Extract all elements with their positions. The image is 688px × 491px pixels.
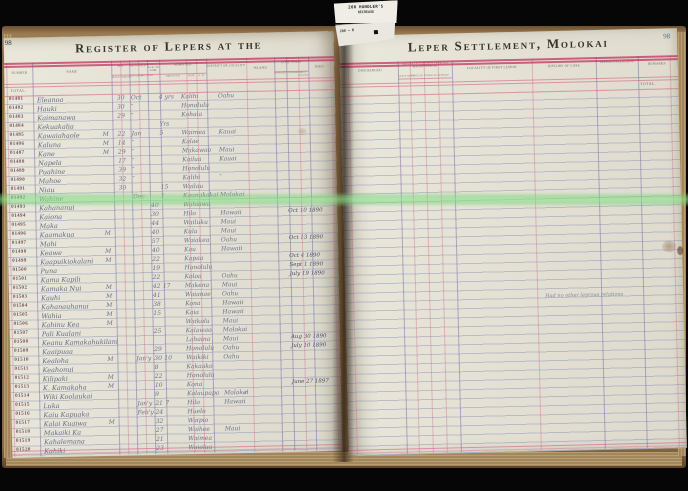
row-died-date: Oct 4 1890 bbox=[289, 252, 320, 259]
row-received: Oct bbox=[131, 94, 142, 101]
row-name: Wahia bbox=[41, 312, 61, 320]
col-header-nat-foreigner: Foreigner bbox=[138, 75, 147, 78]
row-received: ″ bbox=[131, 103, 133, 110]
row-name: Eleanoa bbox=[37, 96, 64, 105]
row-died-date: Aug 30 1890 bbox=[291, 333, 327, 340]
row-district: Kona bbox=[185, 300, 201, 307]
row-sex-mark: M bbox=[103, 131, 109, 138]
row-sex-mark: M bbox=[108, 383, 114, 390]
row-number: 01496 bbox=[12, 232, 27, 237]
row-district: Kohala bbox=[181, 111, 202, 118]
row-sex-mark: M bbox=[105, 248, 111, 255]
sticky-note: 260 HANDLER'S RECREASE 200 — B bbox=[330, 0, 402, 48]
col-header-number: Number bbox=[6, 70, 32, 75]
row-rules bbox=[340, 88, 686, 456]
row-age: 40 bbox=[152, 247, 160, 254]
row-age: 22 bbox=[155, 373, 163, 380]
row-age: 25 bbox=[154, 328, 162, 335]
row-number: 01514 bbox=[15, 394, 30, 399]
row-age: 38 bbox=[153, 301, 161, 308]
row-name: Hauki bbox=[37, 105, 57, 113]
row-died-date: Sept 1 1890 bbox=[289, 261, 323, 268]
row-name: Kaaipuaa bbox=[42, 348, 73, 357]
row-district: Waianae bbox=[185, 291, 211, 299]
row-number: 01502 bbox=[13, 286, 28, 291]
col-header-sex-male: Male bbox=[111, 76, 120, 79]
row-name: Kaimanawa bbox=[37, 114, 76, 123]
row-island: Hawaii bbox=[224, 398, 246, 405]
row-date: 4 yrs bbox=[159, 93, 174, 100]
row-received: Dec bbox=[133, 193, 145, 200]
row-number: 01511 bbox=[14, 367, 28, 372]
right-page: 98 Leper Settlement, Molokai Discharged … bbox=[339, 28, 687, 456]
row-age: 32 bbox=[156, 418, 164, 425]
row-island: Kauai bbox=[219, 128, 237, 135]
row-age: 42 bbox=[153, 283, 161, 290]
col-header-civil-notknown: Not Known bbox=[298, 72, 308, 78]
total-label-left: Total. bbox=[11, 89, 27, 93]
row-island: Maui bbox=[223, 335, 239, 342]
row-name: Kahanauhanui bbox=[41, 302, 89, 311]
row-name: Kealoha bbox=[42, 357, 69, 366]
row-number: 01500 bbox=[12, 268, 27, 273]
row-number: 01505 bbox=[13, 313, 28, 318]
row-island: Maui bbox=[220, 218, 236, 225]
row-age: 10 bbox=[155, 382, 163, 389]
row-number: 01516 bbox=[15, 412, 30, 417]
row-name: Keahonui bbox=[42, 366, 73, 375]
row-name: Wahine bbox=[39, 195, 63, 204]
row-name: Makaiki Ka bbox=[44, 429, 81, 438]
row-name: Niau bbox=[39, 186, 55, 194]
row-number: 01485 bbox=[10, 133, 25, 138]
row-sex-mark: M bbox=[103, 149, 109, 156]
row-number: 01519 bbox=[16, 439, 31, 444]
row-island: Oahu bbox=[223, 344, 239, 351]
col-header-adm-date: Date bbox=[186, 74, 196, 77]
row-district: Kakaako bbox=[186, 363, 212, 371]
row-age: 22 bbox=[153, 274, 161, 281]
col-header-adm-ad: A. D. bbox=[196, 74, 206, 77]
row-district: Waiakea bbox=[184, 237, 210, 245]
row-age: 27 bbox=[156, 427, 164, 434]
row-name: Kaamakua bbox=[40, 231, 75, 240]
row-number: 01509 bbox=[14, 349, 29, 354]
row-name: K. Kamakaha bbox=[43, 383, 87, 392]
row-number: 01515 bbox=[15, 403, 30, 408]
row-district: Makawao bbox=[182, 147, 211, 155]
row-number: 01503 bbox=[13, 295, 28, 300]
col-header-nat-hawaiian: Hawaiian bbox=[129, 75, 138, 78]
row-received: ″ bbox=[132, 157, 134, 164]
row-number: 01499 bbox=[12, 259, 27, 264]
row-number: 01483 bbox=[9, 115, 24, 120]
sticky-note-upper: 260 HANDLER'S RECREASE bbox=[334, 0, 399, 25]
row-district: Wahiawa bbox=[183, 201, 210, 209]
row-age: 30 bbox=[151, 211, 159, 218]
row-island: Oahu bbox=[222, 272, 238, 279]
row-district: Koloa bbox=[185, 273, 202, 280]
row-number: 01486 bbox=[10, 142, 25, 147]
row-sex-mark: M bbox=[106, 311, 112, 318]
row-sex-mark: M bbox=[106, 302, 112, 309]
row-sex-mark: M bbox=[105, 230, 111, 237]
row-name: Keanu Kamakahukilani bbox=[42, 338, 118, 348]
row-number: 01488 bbox=[10, 160, 25, 165]
sticky-note-line3: 200 — B bbox=[340, 28, 355, 33]
row-island: Maui bbox=[222, 281, 238, 288]
row-age: 15 bbox=[153, 310, 161, 317]
row-district: Honolulu bbox=[186, 345, 214, 353]
row-name: Kaiona bbox=[39, 213, 62, 221]
left-page-title: Register of Lepers at the bbox=[4, 36, 334, 58]
row-island: Hawaii bbox=[222, 308, 244, 315]
row-name: Maka bbox=[39, 222, 58, 230]
row-received: ″ bbox=[133, 175, 135, 182]
row-number: 01484 bbox=[9, 124, 24, 129]
photo-frame: 98 Register of Lepers at the Number Name… bbox=[0, 0, 688, 491]
row-name: Mahi bbox=[40, 240, 57, 248]
col-header-district: District or Locality bbox=[206, 64, 246, 68]
row-number: 01490 bbox=[11, 178, 26, 183]
row-number: 01493 bbox=[11, 205, 26, 210]
row-island: ″ bbox=[219, 174, 221, 181]
row-name: Kauhi bbox=[41, 294, 60, 302]
row-district: Kalae bbox=[182, 138, 199, 145]
row-name: Wiki Koolaukai bbox=[43, 392, 92, 401]
row-island: Oahu bbox=[221, 236, 237, 243]
row-district: Honolulu bbox=[182, 165, 210, 173]
row-name: Kahinu Kea bbox=[42, 321, 80, 330]
row-number: 01482 bbox=[9, 106, 24, 111]
row-number: 01518 bbox=[16, 430, 31, 435]
sticky-note-dot bbox=[374, 30, 378, 34]
row-island: Oahu bbox=[223, 353, 239, 360]
row-number: 01494 bbox=[11, 214, 26, 219]
row-district: Honolulu bbox=[184, 264, 212, 272]
row-number: 01513 bbox=[15, 385, 30, 390]
left-page: 98 Register of Lepers at the Number Name… bbox=[4, 31, 343, 458]
row-age: 24 bbox=[155, 409, 163, 416]
row-name: Mahoe bbox=[39, 177, 62, 185]
row-age: 8 bbox=[154, 364, 158, 371]
row-island: Molokai bbox=[220, 191, 245, 199]
row-island: Maui bbox=[221, 227, 237, 234]
row-district: Honolulu bbox=[187, 372, 215, 380]
row-age: 22 bbox=[152, 256, 160, 263]
book-gutter bbox=[332, 30, 354, 462]
row-name: Kaluna bbox=[38, 141, 61, 149]
col-header-civil-unmarried: Unmarried bbox=[286, 72, 298, 75]
col-header-age: Age on Adm. bbox=[147, 66, 159, 73]
row-name: Kama Kapili bbox=[41, 275, 81, 284]
total-label-right: Total. bbox=[640, 82, 656, 86]
row-age: 41 bbox=[153, 292, 161, 299]
row-sex-mark: M bbox=[109, 419, 115, 426]
row-district: Kalawao bbox=[186, 327, 212, 335]
row-age: 9 bbox=[155, 391, 159, 398]
row-received: ″ bbox=[132, 139, 134, 146]
row-died-date: June 27 1897 bbox=[292, 378, 329, 385]
col-header-name: Name bbox=[32, 69, 111, 75]
row-age: 21 bbox=[155, 400, 163, 407]
row-name: Keawe bbox=[40, 249, 62, 257]
row-island: Hawaii bbox=[220, 209, 242, 216]
col-header-adm-received: Received bbox=[159, 74, 186, 78]
row-died-date: July 10 1890 bbox=[291, 342, 326, 349]
row-island: Molokai bbox=[223, 326, 248, 334]
row-age: 29 bbox=[154, 346, 162, 353]
row-name: Kaapuikiokalani bbox=[40, 257, 93, 266]
row-name: Kahananui bbox=[39, 204, 74, 213]
row-district: Kona bbox=[187, 381, 203, 388]
row-number: 01487 bbox=[10, 151, 25, 156]
col-header-locality-first-lesion: Locality of First Lesion bbox=[452, 65, 532, 71]
row-sex-mark: M bbox=[107, 320, 113, 327]
row-name: Kane bbox=[38, 150, 55, 158]
row-number: 01498 bbox=[12, 250, 27, 255]
row-number: 01507 bbox=[14, 331, 29, 336]
row-received: ″ bbox=[132, 166, 134, 173]
row-age: 30 bbox=[154, 355, 162, 362]
row-checkmark: ✓ bbox=[243, 389, 248, 396]
row-age: 57 bbox=[152, 238, 160, 245]
row-district: Waihee bbox=[188, 426, 210, 433]
row-name: Napela bbox=[38, 159, 62, 167]
row-island: Maui bbox=[225, 425, 241, 432]
row-district: Wailuku bbox=[183, 219, 208, 227]
row-district: Waipio bbox=[188, 417, 209, 424]
row-district: Lahaina bbox=[186, 336, 211, 344]
row-received: ″ bbox=[132, 148, 134, 155]
row-sex-mark: M bbox=[105, 257, 111, 264]
row-number: 01492 bbox=[11, 196, 26, 201]
row-name: Kilipaki bbox=[43, 375, 68, 384]
row-age: 21 bbox=[156, 436, 164, 443]
row-district: Waikiki bbox=[186, 354, 208, 361]
row-number: 01489 bbox=[10, 169, 25, 174]
row-name: Kaiu Kapuaka bbox=[43, 410, 89, 419]
row-name: Kahalemana bbox=[44, 437, 85, 446]
row-name: Kalai Kuaiwa bbox=[44, 419, 87, 428]
row-number: 01481 bbox=[9, 97, 24, 102]
row-name: Puna bbox=[40, 267, 57, 275]
row-island: Oahu bbox=[222, 290, 238, 297]
row-name: Kawaiahaole bbox=[38, 131, 80, 140]
sticky-note-line2: RECREASE bbox=[334, 9, 398, 15]
row-age: 44 bbox=[151, 220, 159, 227]
row-district: Waimea bbox=[188, 435, 212, 443]
row-age: 19 bbox=[152, 265, 160, 272]
row-island: Maui bbox=[219, 146, 235, 153]
row-number: 01491 bbox=[11, 187, 26, 192]
row-received: ″ bbox=[131, 112, 133, 119]
row-name: Luka bbox=[43, 402, 59, 410]
col-header-history-of-case: History of Case bbox=[532, 63, 596, 69]
row-number: 01497 bbox=[12, 241, 27, 246]
row-district: Honolulu bbox=[181, 102, 209, 110]
row-sex-mark: M bbox=[106, 293, 112, 300]
row-age: 40 bbox=[152, 229, 160, 236]
row-district: Waimea bbox=[182, 129, 206, 137]
row-sex-mark: M bbox=[106, 284, 112, 291]
row-age: 40 bbox=[151, 202, 159, 209]
row-island: Hawaii bbox=[222, 299, 244, 306]
row-island: Hawaii bbox=[221, 245, 243, 252]
row-district: Waikolu bbox=[186, 318, 210, 326]
row-number: 01495 bbox=[11, 223, 26, 228]
col-header-sex-female: Female bbox=[120, 75, 129, 78]
row-sex-mark: M bbox=[107, 356, 113, 363]
row-number: 01501 bbox=[13, 277, 28, 282]
col-header-civil-married: Married bbox=[274, 72, 286, 75]
col-header-island: Island bbox=[246, 65, 274, 70]
row-name: Pali Kualani bbox=[42, 329, 81, 338]
row-district: Wailau bbox=[183, 183, 204, 190]
row-sex-mark: M bbox=[108, 374, 114, 381]
sticky-note-flap: 200 — B bbox=[335, 19, 397, 46]
row-number: 01508 bbox=[14, 340, 29, 345]
row-number: 01510 bbox=[14, 358, 29, 363]
row-island: Kauai bbox=[219, 155, 237, 162]
row-sex-mark: M bbox=[103, 140, 109, 147]
row-number: 01517 bbox=[16, 421, 31, 426]
row-name: Puahine bbox=[38, 168, 65, 177]
row-name: Kekuakalia bbox=[37, 123, 74, 132]
row-island: Maui bbox=[223, 317, 239, 324]
row-island: Oahu bbox=[218, 92, 234, 99]
row-number: 01506 bbox=[14, 322, 29, 327]
row-died-date: Oct 10 1890 bbox=[288, 207, 322, 214]
row-number: 01504 bbox=[13, 304, 28, 309]
row-died-date: July 19 1890 bbox=[290, 270, 325, 277]
row-name: Kamaka Nui bbox=[41, 284, 82, 293]
row-died-date: Oct 13 1890 bbox=[289, 234, 323, 241]
row-district: Makena bbox=[185, 282, 210, 290]
col-header-died: Died bbox=[308, 64, 330, 69]
row-number: 01512 bbox=[15, 376, 30, 381]
